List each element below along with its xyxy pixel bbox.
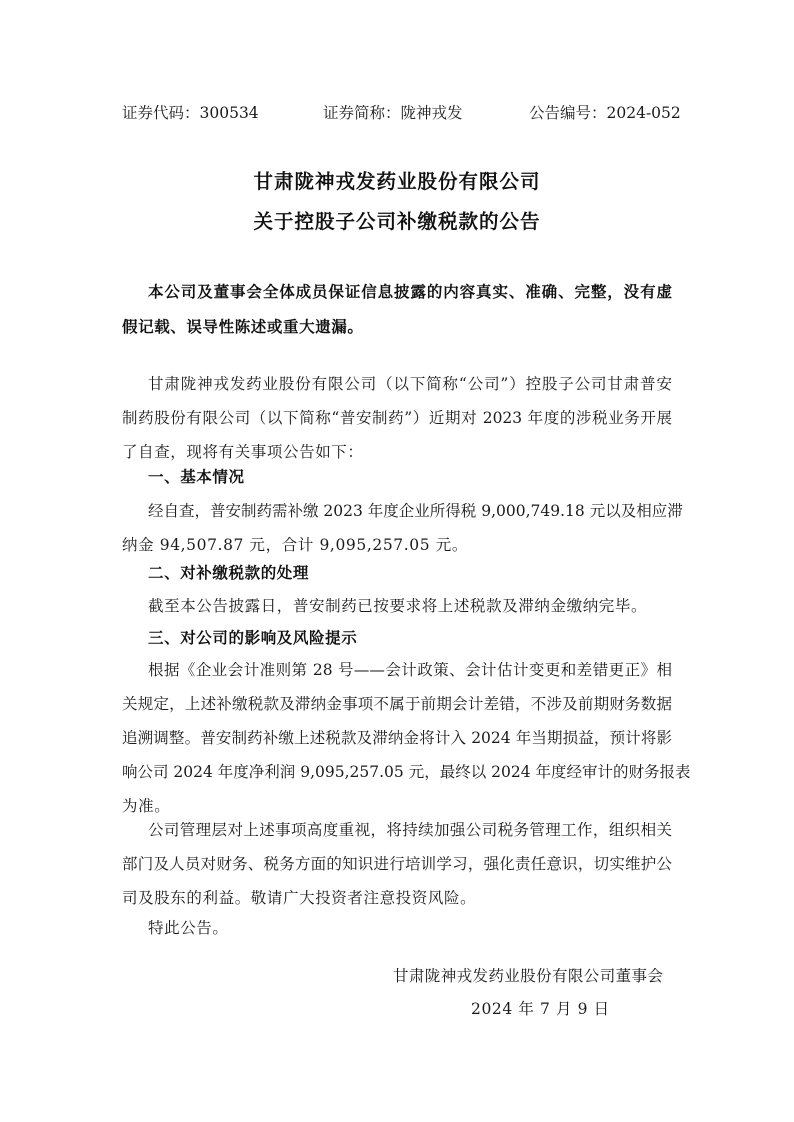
section-1-heading: 一、基本情况: [148, 467, 245, 487]
section-3-line-4: 响公司 2024 年度净利润 9,095,257.05 元，最终以 2024 年…: [122, 762, 672, 782]
section-3-line-5: 为准。: [122, 796, 170, 816]
intro-line-3: 了自查，现将有关事项公告如下：: [122, 442, 364, 462]
section-3-line-3: 追溯调整。普安制药补缴上述税款及滞纳金将计入 2024 年当期损益，预计将影: [122, 728, 672, 748]
intro-line-2: 制药股份有限公司（以下简称“普安制药”）近期对 2023 年度的涉税业务开展: [122, 408, 672, 428]
announcement-page: 证券代码：300534 证券简称：陇神戎发 公告编号：2024-052 甘肃陇神…: [0, 0, 794, 1122]
closing-end: 特此公告。: [148, 918, 229, 938]
disclaimer-line-2: 假记载、误导性陈述或重大遗漏。: [122, 317, 364, 337]
announcement-number: 公告编号：2024-052: [529, 103, 681, 123]
signature-date: 2024 年 7 月 9 日: [471, 999, 610, 1019]
section-2-heading: 二、对补缴税款的处理: [148, 563, 309, 583]
section-3-heading: 三、对公司的影响及风险提示: [148, 628, 357, 648]
section-1-line-1: 经自查，普安制药需补缴 2023 年度企业所得税 9,000,749.18 元以…: [148, 501, 672, 521]
section-3-line-1: 根据《企业会计准则第 28 号——会计政策、会计估计变更和差错更正》相: [148, 660, 672, 680]
section-2-line-1: 截至本公告披露日，普安制药已按要求将上述税款及滞纳金缴纳完毕。: [148, 596, 647, 616]
section-3-line-2: 关规定，上述补缴税款及滞纳金事项不属于前期会计差错，不涉及前期财务数据: [122, 694, 672, 714]
closing-line-3: 司及股东的利益。敬请广大投资者注意投资风险。: [122, 888, 476, 908]
announcement-title: 关于控股子公司补缴税款的公告: [0, 210, 794, 234]
company-title: 甘肃陇神戎发药业股份有限公司: [0, 170, 794, 194]
signature-board: 甘肃陇神戎发药业股份有限公司董事会: [393, 966, 663, 986]
intro-line-1: 甘肃陇神戎发药业股份有限公司（以下简称“公司”）控股子公司甘肃普安: [148, 374, 672, 394]
stock-code: 证券代码：300534: [122, 103, 259, 123]
section-1-line-2: 纳金 94,507.87 元，合计 9,095,257.05 元。: [122, 535, 468, 555]
disclaimer-line-1: 本公司及董事会全体成员保证信息披露的内容真实、准确、完整，没有虚: [148, 282, 672, 302]
stock-short-name: 证券简称：陇神戎发: [323, 103, 463, 123]
closing-line-1: 公司管理层对上述事项高度重视，将持续加强公司税务管理工作，组织相关: [148, 820, 672, 840]
closing-line-2: 部门及人员对财务、税务方面的知识进行培训学习，强化责任意识，切实维护公: [122, 854, 672, 874]
